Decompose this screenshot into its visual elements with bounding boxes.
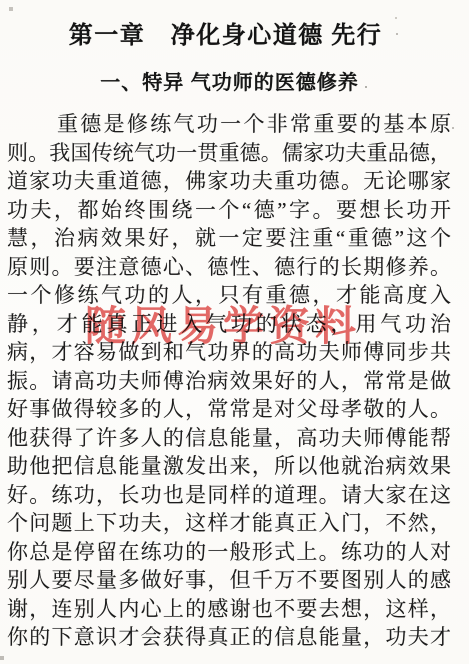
text-line: 你的下意识才会获得真正的信息能量，功夫才 (7, 623, 451, 652)
text-line: 道家功夫重道德，佛家功夫重功德。无论哪家 (7, 167, 451, 196)
scan-noise-specks (0, 0, 2, 2)
text-line: 病，才容易做到和气功界的高功夫师傅同步共 (7, 338, 451, 367)
text-line: 静，才能真正进入气功的状态，用气功治 (7, 310, 451, 339)
text-line: 慧，治病效果好，就一定要注重“重德”这个 (7, 224, 451, 253)
text-line: 振。请高功夫师傅治病效果好的人，常常是做 (7, 367, 451, 396)
text-line: 谢，连别人内心上的感谢也不要去想，这样， (7, 595, 451, 624)
text-line: 功夫，都始终围绕一个“德”字。要想长功开 (7, 196, 451, 225)
text-line: 好事做得较多的人，常常是对父母孝敬的人。 (7, 395, 451, 424)
text-line: 助他把信息能量激发出来，所以他就治病效果 (7, 452, 451, 481)
section-title: 一、特异 气功师的医德修养 (0, 66, 459, 95)
scanned-book-page: 第一章 净化身心道德 先行 一、特异 气功师的医德修养 重德是修练气功一个非常重… (0, 0, 469, 664)
paragraph-body: 重德是修练气功一个非常重要的基本原 则。我国传统气功一贯重德。儒家功夫重品德， … (7, 110, 451, 652)
text-line: 你总是停留在练功的一般形式上。练功的人对 (7, 538, 451, 567)
text-line: 他获得了许多人的信息能量，高功夫师傅能帮 (7, 424, 451, 453)
text-line: 则。我国传统气功一贯重德。儒家功夫重品德， (7, 139, 451, 168)
chapter-title: 第一章 净化身心道德 先行 (0, 15, 451, 50)
text-line: 一个修练气功的人，只有重德，才能高度入 (7, 281, 451, 310)
text-line: 好。练功，长功也是同样的道理。请大家在这 (7, 481, 451, 510)
text-line: 别人要尽量多做好事，但千万不要图别人的感 (7, 566, 451, 595)
text-line: 原则。要注意德心、德性、德行的长期修养。 (7, 253, 451, 282)
text-line: 个问题上下功夫，这样才能真正入门，不然， (7, 509, 451, 538)
text-line: 重德是修练气功一个非常重要的基本原 (7, 110, 451, 139)
